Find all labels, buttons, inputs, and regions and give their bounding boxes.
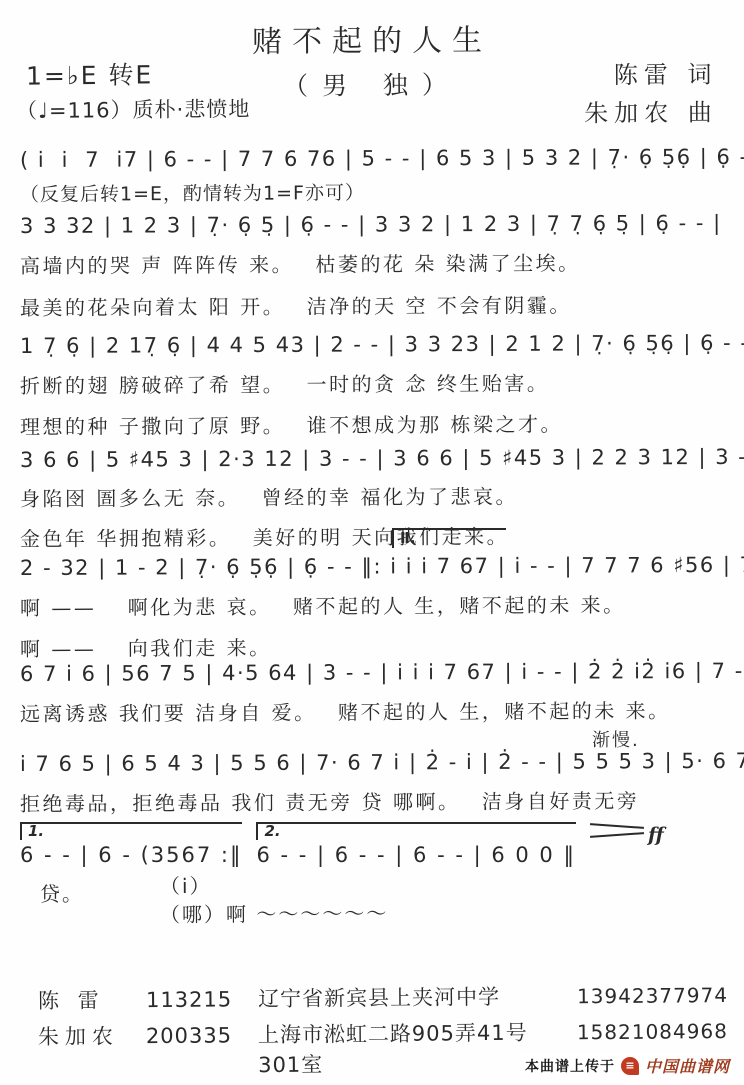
contact-postcode: 113215	[146, 987, 258, 1012]
modulation-remark: （反复后转1=E，酌情转为1=F亦可）	[20, 176, 732, 207]
contact-name: 陈 雷	[38, 984, 146, 1015]
lyrics-line-2: 理想的种 子撒向了原 野。 谁不想成为那 栋梁之才。	[20, 407, 732, 440]
crescendo-hairpin-icon	[590, 825, 644, 835]
dynamics-group: ff	[590, 822, 664, 846]
notes-line: 3 3 32 | 1 2 3 | 7̣· 6̣ 5̣ | 6̣ - - | 3 …	[20, 211, 732, 238]
contact-name: 朱加农	[38, 1020, 146, 1051]
music-system-4: 3 6 6 | 5 ♯45 3 | 2·3 12 | 3 - - | 3 6 6…	[20, 448, 732, 552]
lyrics-line-1: 远离诱惑 我们要 洁身自 爱。 赌不起的人 生，赌不起的未 来。	[20, 694, 732, 727]
music-system-1: ( i i 7 i7 | 6 - - | 7 7 6 76 | 5 - - | …	[20, 148, 732, 205]
notes-line: 6 7 i 6 | 56 7 5 | 4·5 64 | 3 - - | i i …	[20, 659, 732, 686]
volta-1-notes: 6 - - | 6 - (3567 :‖	[20, 843, 242, 867]
tempo-annotation: 渐慢.	[592, 726, 640, 752]
coda-lyric-3: （哪）啊 ～～～～～～	[160, 897, 389, 928]
lyrics-line-2: 金色年 华拥抱精彩。 美好的明 天向我们走来。	[20, 519, 732, 552]
credits: 陈雷 词 朱加农 曲	[584, 56, 718, 133]
contact-phone: 13942377974	[560, 983, 728, 1008]
lyrics-line-1: 高墙内的哭 声 阵阵传 来。 枯萎的花 朵 染满了尘埃。	[20, 246, 732, 279]
coda-lyric-2: （i）	[160, 870, 212, 899]
notes-line: ( i i 7 i7 | 6 - - | 7 7 6 76 | 5 - - | …	[20, 145, 732, 172]
site-name: 中国曲谱网	[645, 1054, 730, 1077]
tempo-marking: （♩=116）质朴·悲愤地	[16, 93, 251, 125]
music-system-6: 6 7 i 6 | 56 7 5 | 4·5 64 | 3 - - | i i …	[20, 662, 732, 727]
volta-2: 2. 6 - - | 6 - - | 6 - - | 6 0 0 ‖	[256, 822, 576, 867]
site-logo-icon: ≡	[621, 1057, 639, 1075]
contact-row-1: 陈 雷 113215 辽宁省新宾县上夹河中学 13942377974	[38, 979, 728, 1015]
music-system-5: 2 - 32 | 1 - 2 | 7̣· 6̣ 5̣6̣ | 6̣ - - ‖:…	[20, 556, 732, 662]
music-sheet-page: 赌不起的人生 （男 独） 1=♭E 转E （♩=116）质朴·悲愤地 陈雷 词 …	[0, 0, 744, 1085]
dynamics-ff: ff	[648, 824, 664, 846]
volta-2-notes: 6 - - | 6 - - | 6 - - | 6 0 0 ‖	[256, 843, 576, 867]
watermark-prefix: 本曲谱上传于	[525, 1056, 615, 1076]
music-system-3: 1 7̣ 6̣ | 2 17̣ 6̣ | 4 4 5 43 | 2 - - | …	[20, 334, 732, 440]
music-system-2: 3 3 32 | 1 2 3 | 7̣· 6̣ 5̣ | 6̣ - - | 3 …	[20, 214, 732, 321]
composer-credit: 朱加农 曲	[584, 94, 718, 133]
contact-address: 上海市淞虹二路905弄41号301室	[258, 1016, 561, 1079]
ending-row: 1. 6 - - | 6 - (3567 :‖ 2. 6 - - | 6 - -…	[20, 822, 732, 867]
watermark: 本曲谱上传于 ≡ 中国曲谱网	[521, 1052, 734, 1079]
lyrics-line-1: 啊 —— 啊化为悲 哀。 赌不起的人 生，赌不起的未 来。	[20, 588, 732, 621]
lyricist-credit: 陈雷 词	[584, 56, 718, 95]
contact-phone: 15821084968	[560, 1019, 728, 1044]
key-signature: 1=♭E 转E	[26, 55, 154, 92]
notes-line: 3 6 6 | 5 ♯45 3 | 2·3 12 | 3 - - | 3 6 6…	[20, 445, 732, 472]
lyrics-line-2: 啊 —— 向我们走 来。	[20, 629, 732, 662]
music-system-7: i 7 6 5 | 6 5 4 3 | 5 5 6 | 7· 6 7 i | 2…	[20, 752, 732, 817]
lyrics-line-1: 身陷囹 圄多么无 奈。 曾经的幸 福化为了悲哀。	[20, 479, 732, 512]
coda-lyric-1: 贷。	[40, 878, 84, 907]
notes-line: 1 7̣ 6̣ | 2 17̣ 6̣ | 4 4 5 43 | 2 - - | …	[20, 331, 732, 358]
volta-1: 1. 6 - - | 6 - (3567 :‖	[20, 822, 242, 867]
lyrics-line-1: 折断的翅 膀破碎了希 望。 一时的贪 念 终生贻害。	[20, 366, 732, 399]
volta-2-label: 2.	[256, 822, 576, 840]
contact-postcode: 200335	[146, 1023, 258, 1048]
lyrics-line-2: 最美的花朵向着太 阳 开。 洁净的天 空 不会有阴霾。	[20, 288, 732, 321]
contact-address: 辽宁省新宾县上夹河中学	[258, 980, 560, 1013]
notes-line: 2 - 32 | 1 - 2 | 7̣· 6̣ 5̣6̣ | 6̣ - - ‖:…	[20, 553, 732, 580]
lyrics-line-1: 拒绝毒品，拒绝毒品 我们 责无旁 贷 哪啊。 洁身自好责无旁	[20, 784, 732, 817]
notes-line: i 7 6 5 | 6 5 4 3 | 5 5 6 | 7· 6 7 i | 2…	[20, 749, 732, 776]
music-system-8: 1. 6 - - | 6 - (3567 :‖ 2. 6 - - | 6 - -…	[20, 822, 732, 867]
section-mark: Ⅱ.	[392, 528, 506, 548]
volta-1-label: 1.	[20, 822, 242, 840]
